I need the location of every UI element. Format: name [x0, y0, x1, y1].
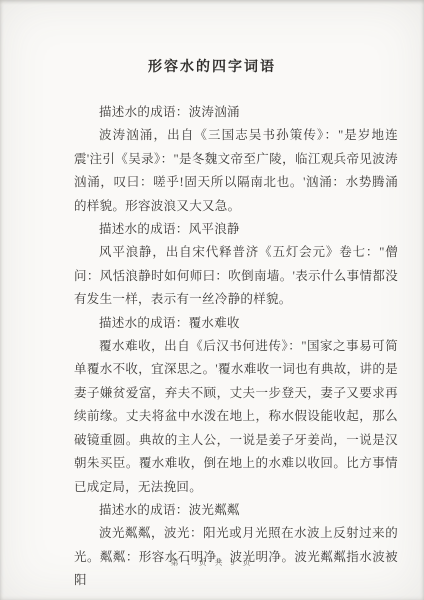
paragraph: 风平浪静，出自宋代释普济《五灯会元》卷七："僧问：风恬浪静时如何师曰：吹倒南墙。…	[74, 241, 398, 311]
page-title: 形容水的四字词语	[0, 0, 424, 76]
paragraph-heading: 描述水的成语：风平浪静	[74, 218, 398, 241]
paragraph-heading: 描述水的成语：覆水难收	[74, 312, 398, 335]
document-body: 描述水的成语：波涛汹涌 波涛汹涌，出自《三国志吴书孙策传》："是岁地连震'注引《…	[74, 101, 398, 593]
page-number-footer: 第 1 页 共 9 页	[0, 557, 424, 568]
paragraph-heading: 描述水的成语：波涛汹涌	[74, 101, 398, 124]
paragraph: 波涛汹涌，出自《三国志吴书孙策传》："是岁地连震'注引《吴录》："是冬魏文帝至广…	[74, 124, 398, 218]
document-page: 形容水的四字词语 描述水的成语：波涛汹涌 波涛汹涌，出自《三国志吴书孙策传》："…	[0, 0, 424, 600]
paragraph-heading: 描述水的成语：波光粼粼	[74, 499, 398, 522]
paragraph: 覆水难收，出自《后汉书何进传》："国家之事易可简单覆水不收，宜深思之。'覆水难收…	[74, 335, 398, 499]
